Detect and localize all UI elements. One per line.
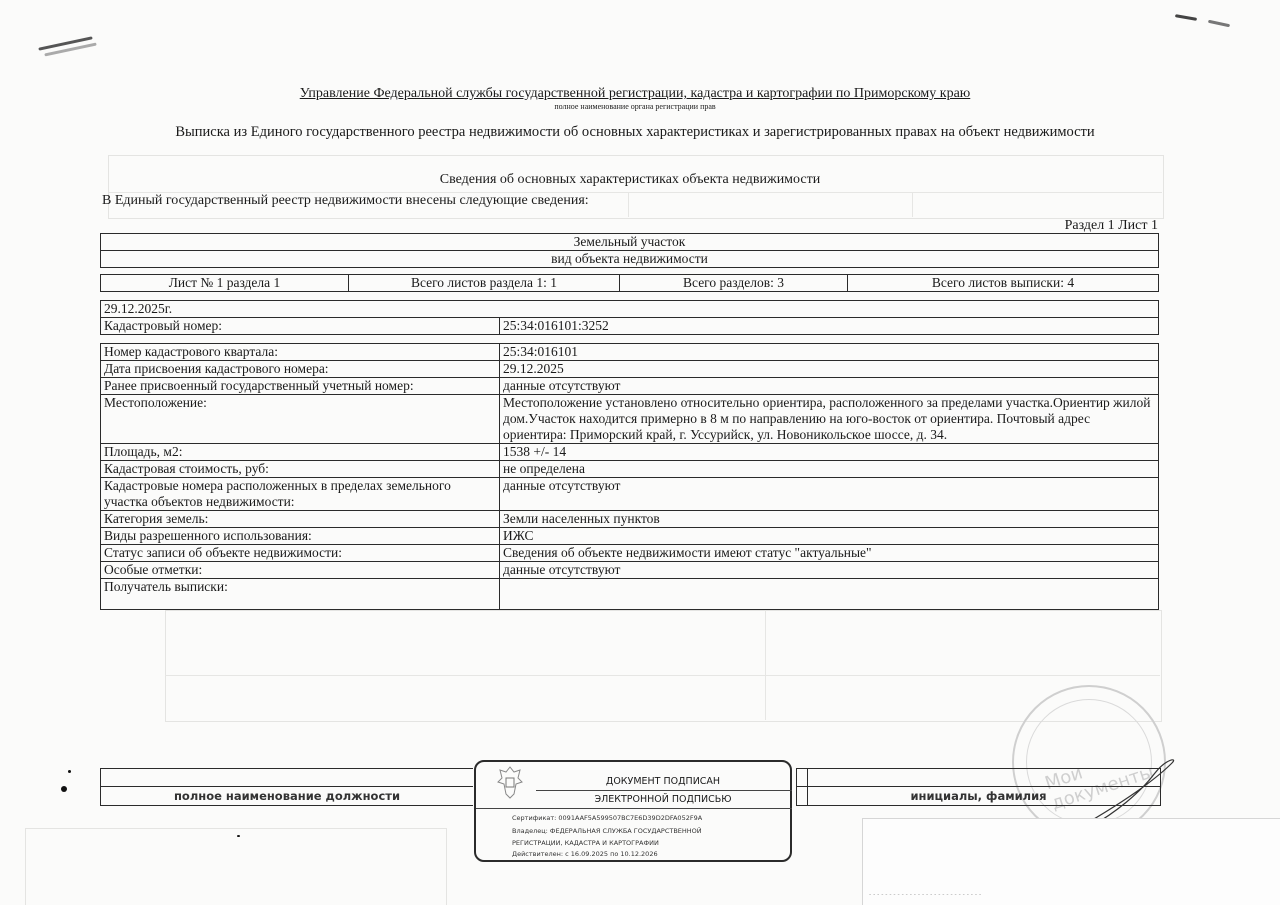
section-sheet-count: Всего листов раздела 1: 1 (349, 275, 620, 292)
electronic-signature-block: ДОКУМЕНТ ПОДПИСАН ЭЛЕКТРОННОЙ ПОДПИСЬЮ С… (474, 760, 792, 862)
row-value: Земли населенных пунктов (500, 511, 1159, 528)
row-value: данные отсутствуют (500, 478, 1159, 511)
scanned-document-page: Управление Федеральной службы государств… (0, 0, 1280, 905)
speck (61, 786, 67, 792)
registration-authority: Управление Федеральной службы государств… (100, 86, 1170, 102)
row-label: Особые отметки: (101, 562, 500, 579)
row-value: данные отсутствуют (500, 378, 1159, 395)
bleed-through-ghost (25, 828, 447, 905)
table-row: Местоположение: Местоположение установле… (101, 395, 1159, 444)
table-row: Особые отметки: данные отсутствуют (101, 562, 1159, 579)
row-label: Получатель выписки: (101, 579, 500, 610)
blank-card-faint-text: - - - - - - - - - - - - - - - - - - - - … (869, 891, 981, 898)
divider (536, 790, 792, 791)
table-row: Виды разрешенного использования: ИЖС (101, 528, 1159, 545)
row-value: 25:34:016101 (500, 344, 1159, 361)
bleed-through-ghost (165, 610, 1162, 722)
certificate-owner-line1: Владелец: ФЕДЕРАЛЬНАЯ СЛУЖБА ГОСУДАРСТВЕ… (512, 827, 702, 835)
authority-caption: полное наименование органа регистрации п… (100, 102, 1170, 111)
row-value: не определена (500, 461, 1159, 478)
cadastral-head-table: 29.12.2025г. Кадастровый номер: 25:34:01… (100, 300, 1159, 335)
row-label: Виды разрешенного использования: (101, 528, 500, 545)
row-label: Статус записи об объекте недвижимости: (101, 545, 500, 562)
characteristics-table: Номер кадастрового квартала: 25:34:01610… (100, 343, 1159, 610)
row-value: данные отсутствуют (500, 562, 1159, 579)
row-value: 1538 +/- 14 (500, 444, 1159, 461)
position-caption: полное наименование должности (101, 789, 473, 803)
esig-title-line1: ДОКУМЕНТ ПОДПИСАН (536, 776, 790, 787)
section-title: Сведения об основных характеристиках объ… (100, 172, 1160, 188)
object-type: Земельный участок (101, 234, 1159, 251)
table-row: Получатель выписки: (101, 579, 1159, 610)
row-value: Местоположение установлено относительно … (500, 395, 1159, 444)
row-value: 29.12.2025 (500, 361, 1159, 378)
certificate-owner-line2: РЕГИСТРАЦИИ, КАДАСТРА И КАРТОГРАФИИ (512, 839, 659, 847)
certificate-number: Сертификат: 0091AAF5A599507BC7E6D39D2DFA… (512, 814, 702, 822)
overlaid-blank-card: - - - - - - - - - - - - - - - - - - - - … (862, 818, 1280, 905)
document-title: Выписка из Единого государственного реес… (60, 124, 1210, 141)
staple-mark (1175, 14, 1197, 21)
row-value: ИЖС (500, 528, 1159, 545)
table-row: Кадастровые номера расположенных в преде… (101, 478, 1159, 511)
table-row: Кадастровая стоимость, руб: не определен… (101, 461, 1159, 478)
divider (476, 808, 792, 809)
row-label: Площадь, м2: (101, 444, 500, 461)
speck (237, 835, 240, 837)
row-label: Категория земель: (101, 511, 500, 528)
bleed-through-ghost (912, 192, 913, 217)
row-value (500, 579, 1159, 610)
staple-mark (1208, 20, 1230, 28)
table-row: Ранее присвоенный государственный учетны… (101, 378, 1159, 395)
extract-date: 29.12.2025г. (101, 301, 1159, 318)
table-row: Дата присвоения кадастрового номера: 29.… (101, 361, 1159, 378)
table-row: Номер кадастрового квартала: 25:34:01610… (101, 344, 1159, 361)
intro-text: В Единый государственный реестр недвижим… (102, 193, 589, 209)
position-field: полное наименование должности (100, 768, 473, 806)
cadastral-number-label: Кадастровый номер: (101, 318, 500, 335)
esig-title-line2: ЭЛЕКТРОННОЙ ПОДПИСЬЮ (536, 794, 790, 805)
divider (101, 786, 473, 787)
row-label: Дата присвоения кадастрового номера: (101, 361, 500, 378)
object-type-table: Земельный участок вид объекта недвижимос… (100, 233, 1159, 268)
row-label: Номер кадастрового квартала: (101, 344, 500, 361)
coat-of-arms-icon (494, 764, 526, 800)
bleed-through-ghost (628, 192, 629, 217)
table-row: Категория земель: Земли населенных пункт… (101, 511, 1159, 528)
sheet-number: Лист № 1 раздела 1 (101, 275, 349, 292)
sheet-reference: Раздел 1 Лист 1 (1065, 218, 1158, 234)
table-row: Статус записи об объекте недвижимости: С… (101, 545, 1159, 562)
speck (68, 770, 71, 773)
row-label: Ранее присвоенный государственный учетны… (101, 378, 500, 395)
object-type-caption: вид объекта недвижимости (101, 251, 1159, 268)
row-label: Кадастровая стоимость, руб: (101, 461, 500, 478)
row-value: Сведения об объекте недвижимости имеют с… (500, 545, 1159, 562)
total-sheets: Всего листов выписки: 4 (848, 275, 1159, 292)
bleed-through-ghost (765, 610, 766, 720)
cadastral-number-value: 25:34:016101:3252 (500, 318, 1159, 335)
table-row: Площадь, м2: 1538 +/- 14 (101, 444, 1159, 461)
sheets-info-table: Лист № 1 раздела 1 Всего листов раздела … (100, 274, 1159, 292)
row-label: Местоположение: (101, 395, 500, 444)
row-label: Кадастровые номера расположенных в преде… (101, 478, 500, 511)
certificate-validity: Действителен: с 16.09.2025 по 10.12.2026 (512, 850, 658, 858)
bleed-through-ghost (165, 675, 1160, 676)
total-sections: Всего разделов: 3 (620, 275, 848, 292)
